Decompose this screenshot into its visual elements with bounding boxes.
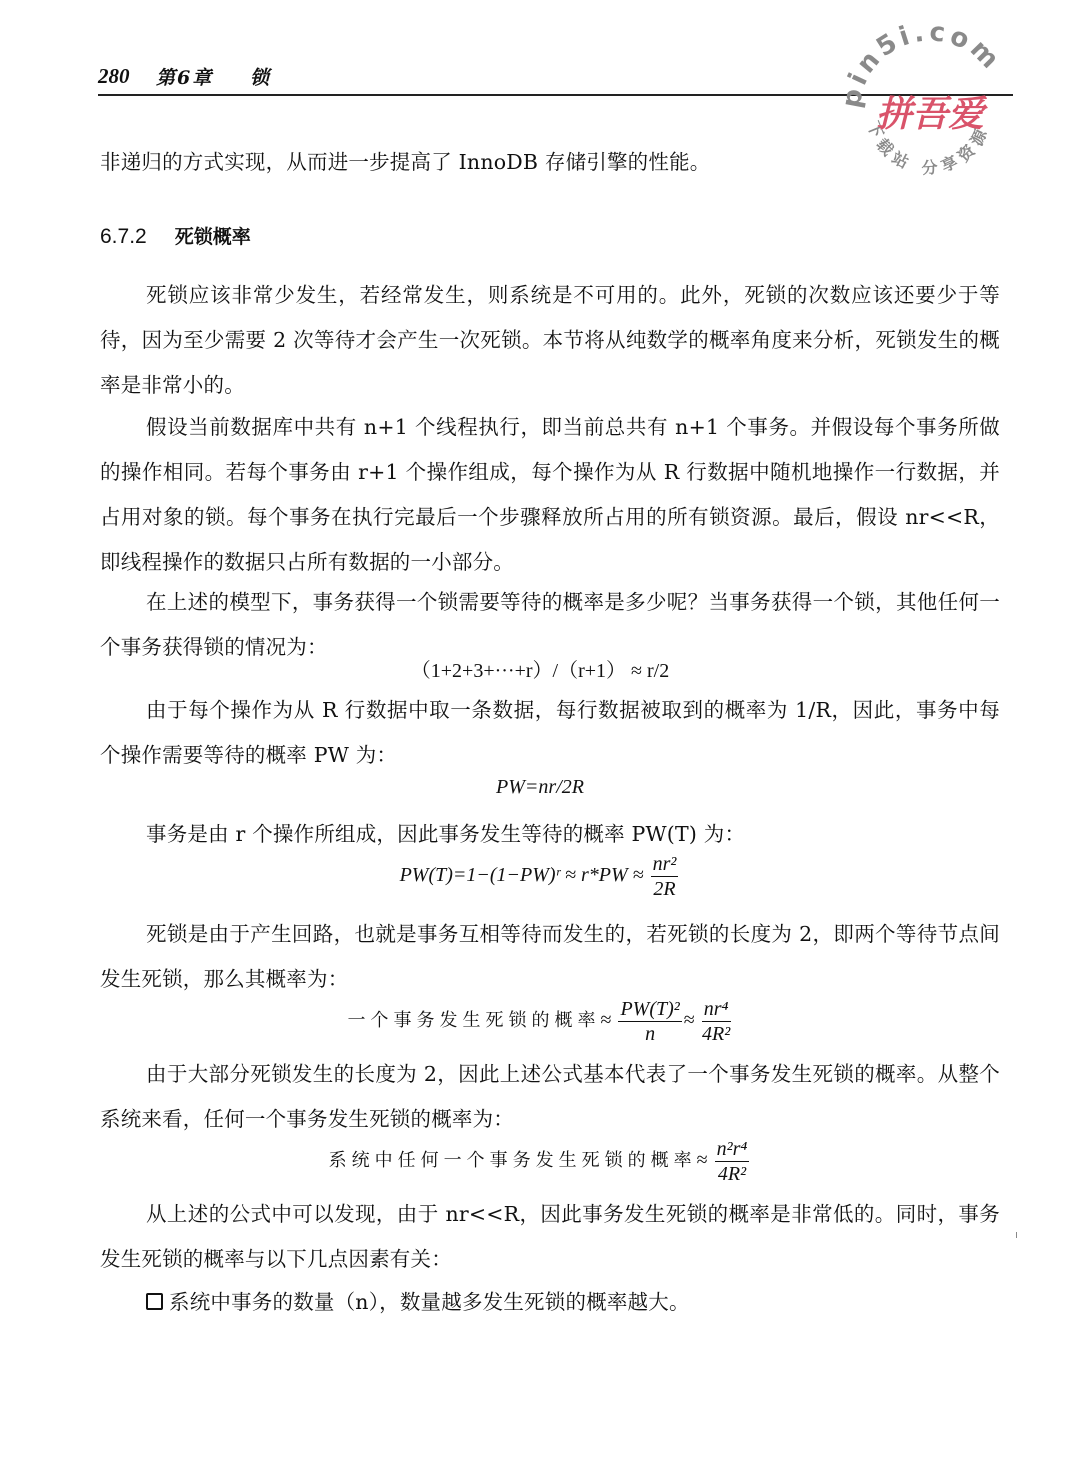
svg-text:拼吾爱: 拼吾爱 [876,93,988,135]
section-heading: 6.7.2死锁概率 [100,222,251,249]
chapter-title: 锁 [250,63,269,90]
approx-symbol: ≈ [600,1009,611,1031]
approx-symbol: ≈ [697,1149,708,1171]
numerator: nr² [651,852,679,877]
numerator: n²r⁴ [715,1137,750,1162]
fraction: PW(T)² n [618,997,681,1046]
fraction: n²r⁴ 4R² [715,1137,750,1186]
paragraph-7: 由于大部分死锁发生的长度为 2，因此上述公式基本代表了一个事务发生死锁的概率。从… [100,1052,1000,1142]
paragraph-0: 非递归的方式实现，从而进一步提高了 InnoDB 存储引擎的性能。 [100,140,1000,185]
denominator: n [618,1022,681,1046]
formula-pw-t-lhs: PW(T)=1−(1−PW)ʳ ≈ r*PW ≈ [400,864,644,886]
formula-sum-ratio: （1+2+3+···+r）/（r+1） ≈ r/2 [0,654,1080,683]
paragraph-8: 从上述的公式中可以发现，由于 nr<<R，因此事务发生死锁的概率是非常低的。同时… [100,1192,1000,1282]
paragraph-4: 由于每个操作为从 R 行数据中取一条数据，每行数据被取到的概率为 1/R，因此，… [100,688,1000,778]
denominator: 2R [651,877,679,901]
formula-label: 系统中任何一个事务发生死锁的概率 [329,1150,697,1170]
paragraph-6: 死锁是由于产生回路，也就是事务互相等待而发生的，若死锁的长度为 2，即两个等待节… [100,912,1000,1002]
page-number: 280 [98,64,130,89]
paragraph-1: 死锁应该非常少发生，若经常发生，则系统是不可用的。此外，死锁的次数应该还要少于等… [100,273,1000,408]
formula-system-deadlock: 系统中任何一个事务发生死锁的概率≈ n²r⁴ 4R² [0,1137,1080,1186]
bullet-item: 系统中事务的数量（n），数量越多发生死锁的概率越大。 [146,1280,1006,1325]
formula-pw-t: PW(T)=1−(1−PW)ʳ ≈ r*PW ≈ nr² 2R [0,852,1080,901]
formula-pw: PW=nr/2R [0,776,1080,799]
fraction: nr² 2R [651,852,679,901]
checkbox-bullet-icon [146,1293,163,1310]
section-title: 死锁概率 [175,226,251,248]
denominator: 4R² [715,1162,750,1186]
paragraph-5: 事务是由 r 个操作所组成，因此事务发生等待的概率 PW(T) 为： [100,812,1000,857]
paragraph-2: 假设当前数据库中共有 n+1 个线程执行，即当前总共有 n+1 个事务。并假设每… [100,405,1000,585]
numerator: nr⁴ [702,997,731,1022]
formula-label: 一个事务发生死锁的概率 [347,1010,600,1030]
denominator: 4R² [702,1022,731,1046]
section-number: 6.7.2 [100,225,147,248]
scan-speck [1016,1232,1017,1238]
chapter-label: 第6章 [156,63,213,90]
approx-symbol: ≈ [684,1009,695,1031]
fraction: nr⁴ 4R² [702,997,731,1046]
numerator: PW(T)² [618,997,681,1022]
bullet-text: 系统中事务的数量（n），数量越多发生死锁的概率越大。 [169,1290,690,1314]
formula-single-deadlock: 一个事务发生死锁的概率≈ PW(T)² n ≈ nr⁴ 4R² [0,997,1080,1046]
